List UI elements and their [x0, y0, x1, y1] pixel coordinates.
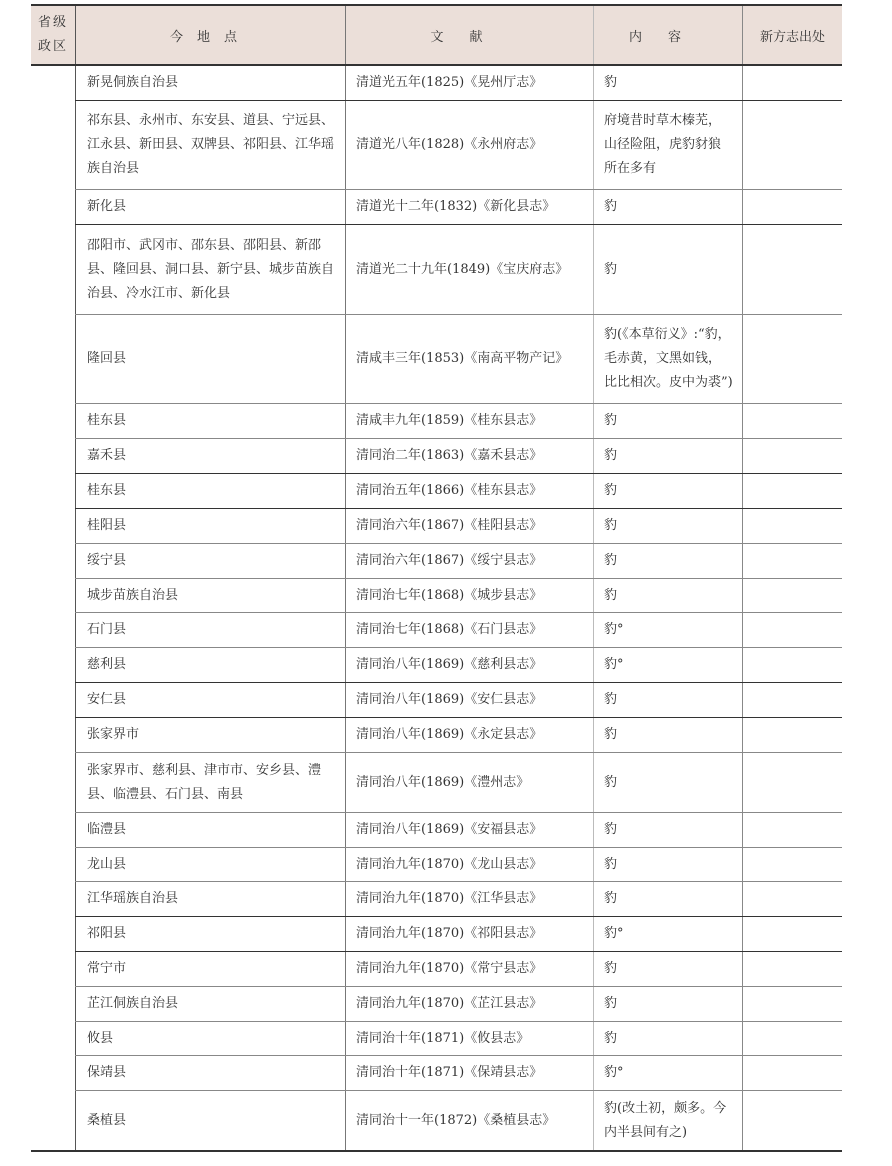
table-header: 省级 政区 今地点 文献 内容 新方志出处	[31, 4, 842, 66]
cell-literature: 清咸丰三年(1853)《南高平物产记》	[345, 315, 593, 403]
cell-new-gazetteer	[742, 315, 842, 403]
cell-new-gazetteer	[742, 509, 842, 543]
cell-content: 豹	[593, 474, 742, 508]
cell-content: 豹°	[593, 917, 742, 951]
cell-content: 豹(改土初，颇多。今内半县间有之)	[593, 1091, 742, 1150]
cell-new-gazetteer	[742, 190, 842, 224]
cell-location: 张家界市	[75, 718, 345, 752]
table-row: 江华瑶族自治县清同治九年(1870)《江华县志》豹	[31, 882, 842, 917]
cell-new-gazetteer	[742, 439, 842, 473]
header-province-line2: 政区	[38, 35, 68, 59]
header-new-gazetteer: 新方志出处	[742, 6, 842, 64]
cell-new-gazetteer	[742, 101, 842, 189]
cell-new-gazetteer	[742, 952, 842, 986]
cell-new-gazetteer	[742, 66, 842, 100]
gazetteer-table: 省级 政区 今地点 文献 内容 新方志出处 新晃侗族自治县清道光五年(1825)…	[31, 4, 842, 1152]
cell-content: 豹	[593, 882, 742, 916]
cell-literature: 清同治八年(1869)《澧州志》	[345, 753, 593, 812]
cell-literature: 清道光五年(1825)《晃州厅志》	[345, 66, 593, 100]
cell-literature: 清道光八年(1828)《永州府志》	[345, 101, 593, 189]
cell-content: 豹	[593, 683, 742, 717]
cell-literature: 清同治十年(1871)《保靖县志》	[345, 1056, 593, 1090]
cell-new-gazetteer	[742, 225, 842, 314]
cell-location: 张家界市、慈利县、津市市、安乡县、澧县、临澧县、石门县、南县	[75, 753, 345, 812]
cell-new-gazetteer	[742, 404, 842, 438]
cell-location: 新晃侗族自治县	[75, 66, 345, 100]
cell-content: 豹	[593, 225, 742, 314]
cell-content: 豹	[593, 509, 742, 543]
cell-literature: 清同治二年(1863)《嘉禾县志》	[345, 439, 593, 473]
table-row: 慈利县清同治八年(1869)《慈利县志》豹°	[31, 648, 842, 683]
province-column-blank	[31, 66, 75, 1150]
cell-new-gazetteer	[742, 544, 842, 578]
cell-location: 桂东县	[75, 474, 345, 508]
table-row: 保靖县清同治十年(1871)《保靖县志》豹°	[31, 1056, 842, 1091]
cell-content: 豹	[593, 190, 742, 224]
cell-location: 新化县	[75, 190, 345, 224]
cell-content: 豹	[593, 848, 742, 881]
cell-new-gazetteer	[742, 683, 842, 717]
cell-literature: 清道光二十九年(1849)《宝庆府志》	[345, 225, 593, 314]
cell-content: 豹°	[593, 648, 742, 682]
cell-literature: 清同治九年(1870)《龙山县志》	[345, 848, 593, 881]
cell-content: 豹	[593, 404, 742, 438]
cell-location: 慈利县	[75, 648, 345, 682]
cell-literature: 清同治六年(1867)《绥宁县志》	[345, 544, 593, 578]
table-row: 新化县清道光十二年(1832)《新化县志》豹	[31, 190, 842, 225]
cell-content: 府境昔时草木榛芜，山径险阻，虎豹豺狼所在多有	[593, 101, 742, 189]
header-province-line1: 省级	[38, 11, 68, 35]
cell-location: 祁阳县	[75, 917, 345, 951]
cell-new-gazetteer	[742, 1091, 842, 1150]
cell-location: 芷江侗族自治县	[75, 987, 345, 1021]
table-row: 桂东县清同治五年(1866)《桂东县志》豹	[31, 474, 842, 509]
table-row: 嘉禾县清同治二年(1863)《嘉禾县志》豹	[31, 439, 842, 474]
table-row: 龙山县清同治九年(1870)《龙山县志》豹	[31, 848, 842, 882]
cell-location: 桂阳县	[75, 509, 345, 543]
cell-new-gazetteer	[742, 1022, 842, 1055]
cell-location: 桑植县	[75, 1091, 345, 1150]
cell-literature: 清同治九年(1870)《江华县志》	[345, 882, 593, 916]
table-row: 桂阳县清同治六年(1867)《桂阳县志》豹	[31, 509, 842, 544]
cell-content: 豹	[593, 952, 742, 986]
cell-content: 豹°	[593, 1056, 742, 1090]
table-row: 张家界市、慈利县、津市市、安乡县、澧县、临澧县、石门县、南县清同治八年(1869…	[31, 753, 842, 813]
table-body: 新晃侗族自治县清道光五年(1825)《晃州厅志》豹祁东县、永州市、东安县、道县、…	[31, 66, 842, 1152]
table-row: 邵阳市、武冈市、邵东县、邵阳县、新邵县、隆回县、洞口县、新宁县、城步苗族自治县、…	[31, 225, 842, 315]
table-row: 新晃侗族自治县清道光五年(1825)《晃州厅志》豹	[31, 66, 842, 101]
cell-literature: 清同治五年(1866)《桂东县志》	[345, 474, 593, 508]
cell-literature: 清同治八年(1869)《永定县志》	[345, 718, 593, 752]
cell-content: 豹	[593, 439, 742, 473]
cell-location: 城步苗族自治县	[75, 579, 345, 612]
cell-location: 祁东县、永州市、东安县、道县、宁远县、江永县、新田县、双牌县、祁阳县、江华瑶族自…	[75, 101, 345, 189]
table-row: 张家界市清同治八年(1869)《永定县志》豹	[31, 718, 842, 753]
cell-location: 嘉禾县	[75, 439, 345, 473]
cell-literature: 清咸丰九年(1859)《桂东县志》	[345, 404, 593, 438]
cell-content: 豹	[593, 579, 742, 612]
cell-location: 绥宁县	[75, 544, 345, 578]
cell-literature: 清同治七年(1868)《石门县志》	[345, 613, 593, 647]
table-row: 常宁市清同治九年(1870)《常宁县志》豹	[31, 952, 842, 987]
cell-content: 豹	[593, 1022, 742, 1055]
cell-new-gazetteer	[742, 882, 842, 916]
table-row: 桂东县清咸丰九年(1859)《桂东县志》豹	[31, 404, 842, 439]
cell-location: 桂东县	[75, 404, 345, 438]
cell-new-gazetteer	[742, 813, 842, 847]
header-location: 今地点	[75, 6, 345, 64]
cell-location: 保靖县	[75, 1056, 345, 1090]
cell-literature: 清同治八年(1869)《慈利县志》	[345, 648, 593, 682]
cell-location: 临澧县	[75, 813, 345, 847]
cell-literature: 清同治八年(1869)《安仁县志》	[345, 683, 593, 717]
cell-literature: 清同治九年(1870)《常宁县志》	[345, 952, 593, 986]
table-row: 祁东县、永州市、东安县、道县、宁远县、江永县、新田县、双牌县、祁阳县、江华瑶族自…	[31, 101, 842, 190]
cell-literature: 清同治八年(1869)《安福县志》	[345, 813, 593, 847]
cell-literature: 清道光十二年(1832)《新化县志》	[345, 190, 593, 224]
cell-literature: 清同治六年(1867)《桂阳县志》	[345, 509, 593, 543]
cell-location: 攸县	[75, 1022, 345, 1055]
cell-location: 江华瑶族自治县	[75, 882, 345, 916]
cell-new-gazetteer	[742, 1056, 842, 1090]
cell-content: 豹°	[593, 613, 742, 647]
cell-new-gazetteer	[742, 753, 842, 812]
table-row: 绥宁县清同治六年(1867)《绥宁县志》豹	[31, 544, 842, 579]
cell-content: 豹	[593, 753, 742, 812]
cell-new-gazetteer	[742, 648, 842, 682]
cell-literature: 清同治十年(1871)《攸县志》	[345, 1022, 593, 1055]
cell-literature: 清同治九年(1870)《芷江县志》	[345, 987, 593, 1021]
cell-new-gazetteer	[742, 718, 842, 752]
cell-literature: 清同治十一年(1872)《桑植县志》	[345, 1091, 593, 1150]
cell-location: 安仁县	[75, 683, 345, 717]
cell-content: 豹	[593, 544, 742, 578]
cell-literature: 清同治七年(1868)《城步县志》	[345, 579, 593, 612]
table-row: 攸县清同治十年(1871)《攸县志》豹	[31, 1022, 842, 1056]
table-row: 城步苗族自治县清同治七年(1868)《城步县志》豹	[31, 579, 842, 613]
cell-new-gazetteer	[742, 579, 842, 612]
cell-location: 龙山县	[75, 848, 345, 881]
cell-new-gazetteer	[742, 848, 842, 881]
cell-content: 豹	[593, 813, 742, 847]
table-row: 芷江侗族自治县清同治九年(1870)《芷江县志》豹	[31, 987, 842, 1022]
cell-location: 隆回县	[75, 315, 345, 403]
table-row: 隆回县清咸丰三年(1853)《南高平物产记》豹(《本草衍义》:“豹，毛赤黄，文黑…	[31, 315, 842, 404]
cell-location: 邵阳市、武冈市、邵东县、邵阳县、新邵县、隆回县、洞口县、新宁县、城步苗族自治县、…	[75, 225, 345, 314]
header-literature: 文献	[345, 6, 593, 64]
cell-literature: 清同治九年(1870)《祁阳县志》	[345, 917, 593, 951]
table-row: 安仁县清同治八年(1869)《安仁县志》豹	[31, 683, 842, 718]
cell-new-gazetteer	[742, 987, 842, 1021]
header-province: 省级 政区	[31, 6, 75, 64]
cell-new-gazetteer	[742, 613, 842, 647]
cell-content: 豹(《本草衍义》:“豹，毛赤黄，文黑如钱，比比相次。皮中为裘”)	[593, 315, 742, 403]
cell-location: 常宁市	[75, 952, 345, 986]
cell-content: 豹	[593, 987, 742, 1021]
cell-new-gazetteer	[742, 917, 842, 951]
header-content: 内容	[593, 6, 742, 64]
cell-location: 石门县	[75, 613, 345, 647]
table-row: 祁阳县清同治九年(1870)《祁阳县志》豹°	[31, 917, 842, 952]
table-row: 临澧县清同治八年(1869)《安福县志》豹	[31, 813, 842, 848]
cell-content: 豹	[593, 718, 742, 752]
table-row: 桑植县清同治十一年(1872)《桑植县志》豹(改土初，颇多。今内半县间有之)	[31, 1091, 842, 1150]
cell-new-gazetteer	[742, 474, 842, 508]
table-row: 石门县清同治七年(1868)《石门县志》豹°	[31, 613, 842, 648]
cell-content: 豹	[593, 66, 742, 100]
